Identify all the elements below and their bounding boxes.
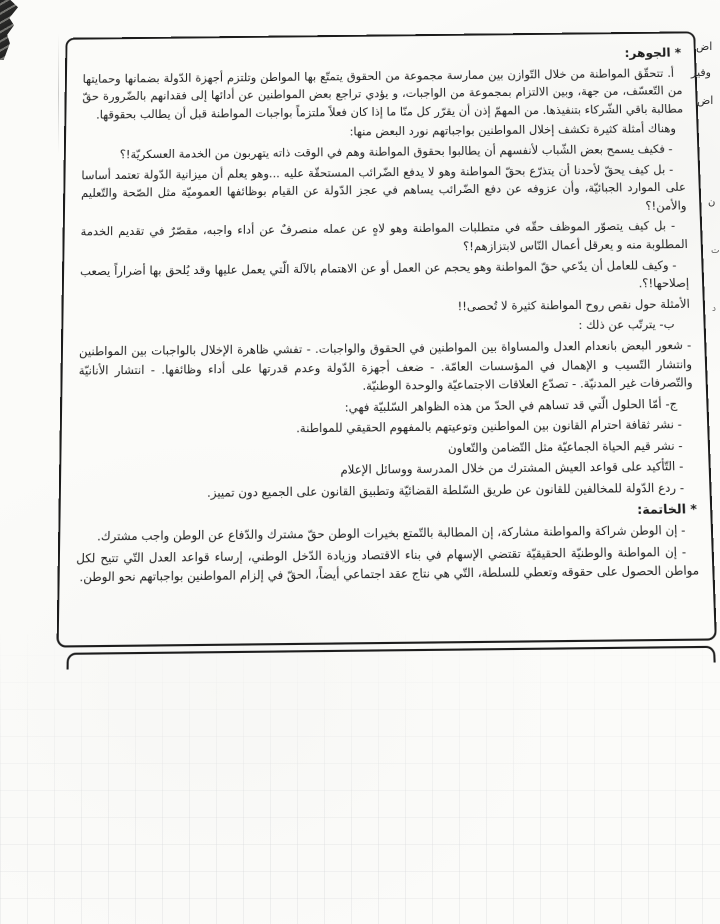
document-line: - شعور البعض بانعدام العدل والمساواة بين…: [78, 336, 693, 399]
grid-paper-bleed: [0, 628, 720, 924]
document-line: - بل كيف يحقّ لأحدنا أن يتذرّع بحقّ المو…: [81, 160, 687, 221]
document-line: - وكيف للعامل أن يدّعي حقّ المواطنة وهو …: [80, 255, 690, 298]
page-fold-line: [58, 34, 59, 154]
clipped-word-fragment: د: [712, 304, 716, 314]
clipped-word-fragment: اض: [696, 40, 712, 53]
clipped-word-fragment: اض: [697, 94, 713, 107]
page-sheet: * الجوهر:أ. تتحقّق المواطنة من خلال التّ…: [56, 31, 717, 669]
document-line: - إن المواطنة والوطنيّة الحقيقيّة تقتضي …: [76, 542, 700, 587]
document-frame: * الجوهر:أ. تتحقّق المواطنة من خلال التّ…: [57, 31, 717, 647]
clipped-word-fragment: ن: [708, 197, 715, 208]
scanned-page: * الجوهر:أ. تتحقّق المواطنة من خلال التّ…: [0, 0, 720, 924]
document-line: - بل كيف يتصوّر الموظف حقّه في متطلبات ا…: [80, 217, 688, 260]
binding-ink-mark: [0, 0, 18, 60]
document-text: * الجوهر:أ. تتحقّق المواطنة من خلال التّ…: [76, 44, 700, 588]
clipped-word-fragment: ت: [711, 246, 719, 256]
document-line: أ. تتحقّق المواطنة من خلال التّوازن بين …: [82, 64, 683, 124]
